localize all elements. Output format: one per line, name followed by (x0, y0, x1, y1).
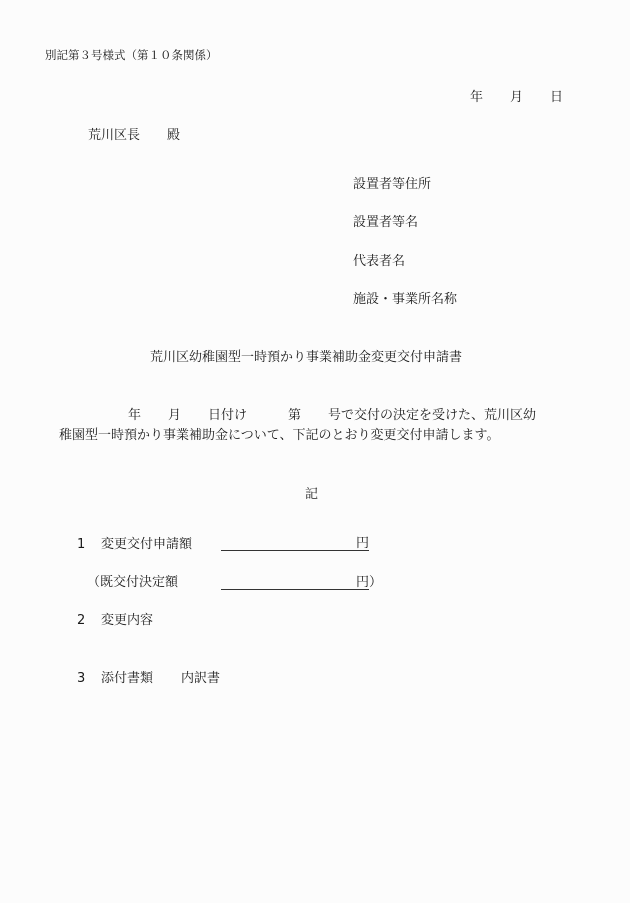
body-dai: 第 (288, 409, 301, 422)
addressee-name: 荒川区長 (88, 129, 140, 142)
item-1-number: 1 (77, 538, 85, 551)
item-2-number: 2 (77, 614, 85, 627)
item-prev-unit: 円） (356, 576, 382, 589)
field-label-facility: 施設・事業所名称 (353, 293, 457, 306)
field-label-representative: 代表者名 (353, 255, 405, 268)
form-number: 別記第３号様式（第１０条関係） (45, 50, 218, 62)
amount-underline (221, 550, 369, 551)
item-3-value: 内訳書 (181, 672, 220, 685)
document-title: 荒川区幼稚園型一時預かり事業補助金変更交付申請書 (150, 351, 462, 364)
body-line2: 稚園型一時預かり事業補助金について、下記のとおり変更交付申請します。 (59, 429, 499, 442)
addressee-honorific: 殿 (167, 129, 180, 142)
item-2-label: 変更内容 (101, 614, 153, 627)
date-month: 月 (510, 91, 523, 104)
date-day: 日 (550, 91, 563, 104)
item-1-unit: 円 (356, 537, 369, 550)
body-rest: 号で交付の決定を受けた、荒川区幼 (328, 409, 536, 422)
item-3-label: 添付書類 (101, 672, 153, 685)
body-day-suffix: 日付け (208, 409, 247, 422)
date-year: 年 (470, 91, 483, 104)
field-label-address: 設置者等住所 (353, 178, 431, 191)
field-label-name: 設置者等名 (353, 216, 418, 229)
item-1-label: 変更交付申請額 (101, 538, 192, 551)
body-year: 年 (128, 409, 141, 422)
body-month: 月 (168, 409, 181, 422)
item-3-number: 3 (77, 672, 85, 685)
ki-heading: 記 (305, 488, 318, 501)
item-prev-label: （既交付決定額 (87, 576, 178, 589)
prev-amount-underline (221, 589, 369, 590)
